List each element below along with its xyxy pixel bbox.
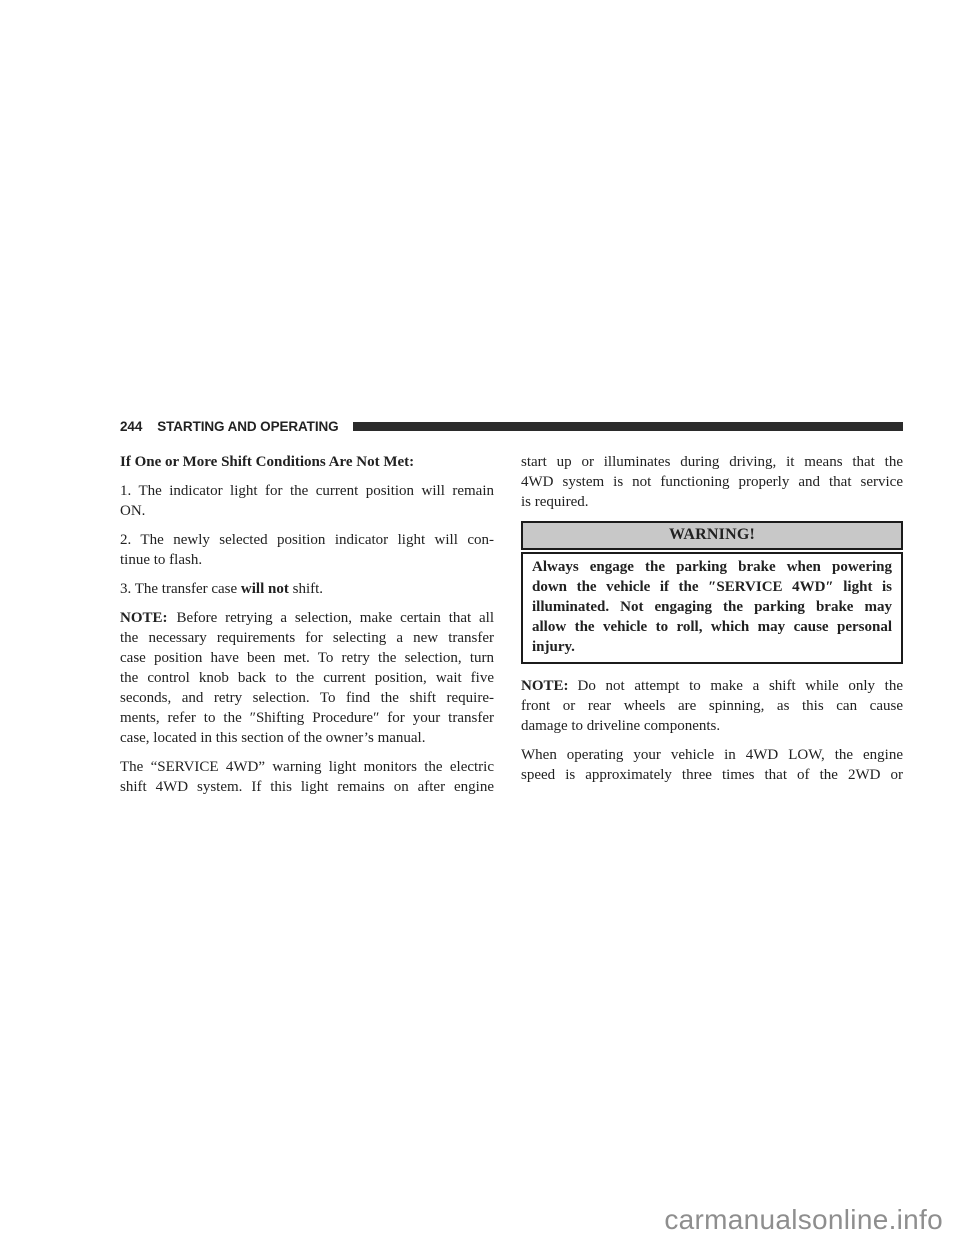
text-line: the control knob back to the current pos… [120, 668, 494, 688]
bold-text-segment: will not [241, 581, 289, 597]
page-header: 244 STARTING AND OPERATING [120, 419, 903, 434]
note-paragraph-right: NOTE:Do not attempt to make a shift whil… [521, 676, 903, 736]
warning-box: WARNING! Always engage the parking brake… [521, 521, 903, 664]
text-line: allow the vehicle to roll, which may cau… [532, 617, 892, 637]
text-line: the necessary requirements for selecting… [120, 628, 494, 648]
text-line: ments, refer to the ″Shifting Procedure″… [120, 708, 494, 728]
text-line: tinue to flash. [120, 550, 494, 570]
text-line: ON. [120, 501, 494, 521]
warning-title: WARNING! [521, 521, 903, 550]
list-item-2: 2. The newly selected position indicator… [120, 530, 494, 570]
note-label: NOTE: [521, 678, 578, 694]
note-paragraph-left: NOTE:Before retrying a selection, make c… [120, 608, 494, 748]
text-line: seconds, and retry selection. To find th… [120, 688, 494, 708]
text-line: Always engage the parking brake when pow… [532, 557, 892, 577]
note-label: NOTE: [120, 610, 177, 626]
section-title: STARTING AND OPERATING [157, 419, 338, 434]
list-item-1: 1. The indicator light for the current p… [120, 481, 494, 521]
text-line: 3. The transfer case will not shift. [120, 579, 494, 599]
header-rule-bar [353, 422, 903, 431]
left-column: If One or More Shift Conditions Are Not … [120, 452, 494, 797]
warning-body: Always engage the parking brake when pow… [521, 552, 903, 664]
text-line: shift 4WD system. If this light remains … [120, 777, 494, 797]
text-line: NOTE:Do not attempt to make a shift whil… [521, 676, 903, 696]
text-line: When operating your vehicle in 4WD LOW, … [521, 745, 903, 765]
right-column: start up or illuminates during driving, … [521, 452, 903, 785]
list-item-3: 3. The transfer case will not shift. [120, 579, 494, 599]
intro-paragraph: start up or illuminates during driving, … [521, 452, 903, 512]
text-line: illuminated. Not engaging the parking br… [532, 597, 892, 617]
text-line: case, located in this section of the own… [120, 728, 494, 748]
text-line: 4WD system is not functioning properly a… [521, 472, 903, 492]
text-line: is required. [521, 492, 903, 512]
closing-paragraph: When operating your vehicle in 4WD LOW, … [521, 745, 903, 785]
page-number: 244 [120, 419, 142, 434]
service-4wd-paragraph: The “SERVICE 4WD” warning light monitors… [120, 757, 494, 797]
text-line: start up or illuminates during driving, … [521, 452, 903, 472]
text-segment: 3. The transfer case [120, 581, 241, 597]
text-line: speed is approximately three times that … [521, 765, 903, 785]
text-line: The “SERVICE 4WD” warning light monitors… [120, 757, 494, 777]
text-segment: shift. [289, 581, 323, 597]
text-line: NOTE:Before retrying a selection, make c… [120, 608, 494, 628]
text-segment: Do not attempt to make a shift while onl… [578, 678, 903, 694]
text-line: 2. The newly selected position indicator… [120, 530, 494, 550]
text-line: down the vehicle if the ″SERVICE 4WD″ li… [532, 577, 892, 597]
watermark-text: carmanualsonline.info [664, 1204, 943, 1236]
manual-page: 244 STARTING AND OPERATING If One or Mor… [0, 0, 960, 1242]
text-segment: Before retrying a selection, make certai… [177, 610, 494, 626]
text-line: 1. The indicator light for the current p… [120, 481, 494, 501]
shift-conditions-heading: If One or More Shift Conditions Are Not … [120, 452, 494, 472]
text-line: damage to driveline components. [521, 716, 903, 736]
text-line: injury. [532, 637, 892, 657]
text-line: front or rear wheels are spinning, as th… [521, 696, 903, 716]
text-line: case position have been met. To retry th… [120, 648, 494, 668]
